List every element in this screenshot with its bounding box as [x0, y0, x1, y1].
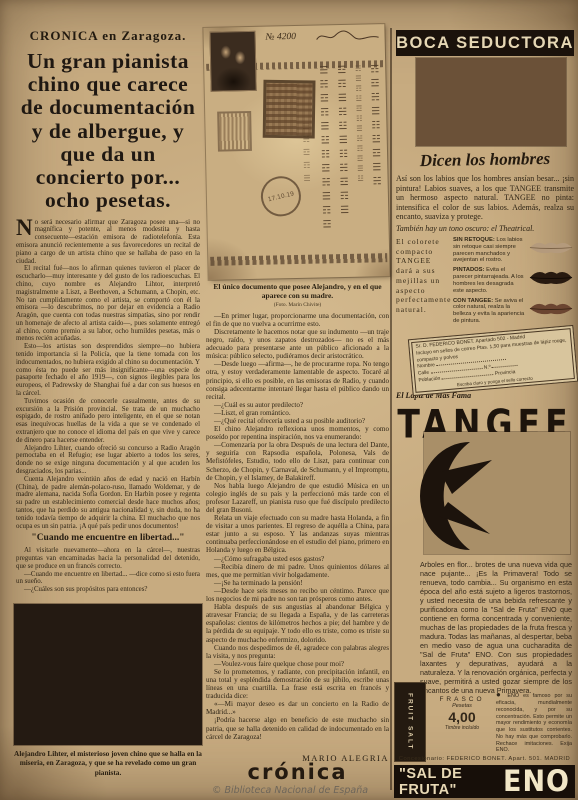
ad-body-text: Arboles en flor... brotes de una nueva v…	[420, 560, 572, 695]
seal-stamp	[263, 80, 316, 139]
section-kicker: CRONICA en Zaragoza.	[16, 28, 200, 44]
lip-comparison-list: SIN RETOQUE: Los labios sin retoque casi…	[453, 237, 574, 328]
newspaper-page: CRONICA en Zaragoza. Un gran pianista ch…	[0, 0, 578, 800]
article-subhead: "Cuando me encuentre en libertad..."	[16, 535, 200, 543]
paragraph: —¿Cómo sufragaba usted esos gastos?	[206, 555, 389, 563]
ad-bullet-text: ● ENO es famoso por su eficacia, mundial…	[496, 690, 572, 754]
document-caption: El único documento que posee Alejandro, …	[206, 282, 389, 301]
natural-lips-icon	[528, 299, 574, 318]
paragraph: Tuvimos ocasión de conocerle casualmente…	[16, 398, 200, 445]
paragraph: «—Mi mayor deseo es dar un concierto en …	[206, 700, 389, 716]
ad-side-note: El colorete compacto TANGEE dará a sus m…	[396, 237, 448, 328]
paragraph: —¿Cuál es su autor predilecto?	[206, 401, 389, 409]
ad-script-headline: Dicen los hombres	[396, 148, 574, 171]
paragraph: —Recibía dinero de mi padre. Unos quinie…	[206, 563, 389, 579]
eno-logo: ENO	[503, 764, 570, 798]
paragraph: ¡Podría hacerse algo en beneficio de est…	[206, 716, 389, 740]
paragraph: —¡Se ha terminado la pensión!	[206, 579, 389, 587]
paragraph: Alejandro Lihter, cuando ofreció su conc…	[16, 445, 200, 476]
list-item: CON TANGEE: Se aviva el color natural, r…	[453, 298, 574, 325]
middle-column: № 4200 ☰☵☲☶☰☳☷☲☵☰☶☲ ☲☶☰☵☳☰☷☵☲☶☰ ☵☰☶☳☲☷☰☵…	[206, 26, 389, 763]
eno-banner: "SAL DE FRUTA" ENO	[394, 765, 575, 798]
tangee-advertisement: BOCA SEDUCTORA Dicen los hombres Así son…	[396, 30, 574, 428]
pianist-photo	[14, 604, 202, 745]
ad-tone-note: También hay un tono oscuro: el Theatrica…	[396, 224, 574, 233]
publication-logo: crónica	[206, 760, 389, 784]
signature-scribble	[314, 27, 380, 44]
price-block: FRASCO Pesetas 4,00 Timbre incluído	[434, 696, 490, 731]
swallow-icon	[394, 438, 498, 556]
document-number: № 4200	[265, 32, 296, 43]
chinese-text-columns: ☰☵☲☶☰☳☷☲☵☰☶☲ ☲☶☰☵☳☰☷☵☲☶☰ ☵☰☶☳☲☷☰☵☶☲☰☳ ☶☲…	[318, 64, 384, 263]
list-item: SIN RETOQUE: Los labios sin retoque casi…	[453, 237, 574, 264]
price-label: FRASCO	[434, 696, 490, 703]
paragraph: —Desde luego —afirma—, he de procurarme …	[206, 360, 389, 400]
article-body-left: No será necesario afirmar que Zaragoza p…	[16, 219, 200, 625]
ad-intro-text: Así son los labios que los hombres ansía…	[396, 174, 574, 222]
paragraph: —Desde hace seis meses no recibo un cént…	[206, 587, 389, 603]
paragraph: Cuenta Alejandro veintiún años de edad y…	[16, 476, 200, 531]
woman-portrait-photo	[416, 58, 566, 146]
paragraph: —Cuando me encuentre en libertad... —dic…	[16, 571, 200, 587]
passport-document-photo: № 4200 ☰☵☲☶☰☳☷☲☵☰☶☲ ☲☶☰☵☳☰☷☵☲☶☰ ☵☰☶☳☲☷☰☵…	[203, 24, 389, 280]
pianist-photo-caption: Alejandro Lihter, el misterioso joven ch…	[10, 749, 206, 777]
paragraph: Esto—los artistas son desprendidos siemp…	[16, 343, 200, 398]
paragraph: —Comenzaría por la obra Después de una l…	[206, 441, 389, 481]
column-rule	[390, 28, 392, 790]
coupon-blank-line	[492, 365, 518, 368]
paragraph: El recital fué—nos lo afirman quienes tu…	[16, 265, 200, 343]
article-headline: Un gran pianista chino que carece de doc…	[16, 50, 200, 213]
pale-lips-icon	[528, 238, 574, 257]
paragraph: Al visitarle nuevamente—ahora en la cárc…	[16, 547, 200, 570]
paragraph: El chino Alejandro reflexiona unos momen…	[206, 425, 389, 441]
eno-advertisement: Arboles en flor... brotes de una nueva v…	[394, 432, 575, 798]
paragraph: No será necesario afirmar que Zaragoza p…	[16, 219, 200, 266]
paragraph: —Voulez-vous faire quelque chose pour mo…	[206, 660, 389, 668]
paragraph: Se lo prometemos, y radiante, con precip…	[206, 668, 389, 700]
blossom-photo	[424, 432, 570, 554]
left-column: CRONICA en Zaragoza. Un gran pianista ch…	[16, 28, 200, 625]
price-note: Timbre incluído	[434, 725, 490, 731]
small-stamp	[217, 111, 252, 152]
coupon-field-label: N.º	[484, 364, 491, 371]
mail-in-coupon: Sr. D. FEDERICO BONET. Apartado 502 - Ma…	[408, 325, 578, 396]
painted-lips-icon	[528, 268, 574, 287]
article-body-middle: —En primer lugar, proporcionarme una doc…	[206, 312, 389, 750]
distributor-line: Concesionario: FEDERICO BONET. Apart. 50…	[394, 756, 575, 762]
paragraph: —¿Cuáles son sus propósitos para entonce…	[16, 586, 200, 594]
bullet-icon: ●	[496, 690, 503, 699]
drop-cap: N	[16, 219, 35, 236]
paragraph: Relata un viaje efectuado con su madre h…	[206, 514, 389, 554]
coupon-field-label: Provincia	[495, 369, 516, 377]
photo-credit: (Foto. Marín Chivite)	[206, 302, 389, 308]
postmark-stamp: 17.10.19	[257, 172, 305, 220]
paragraph: Nos habla luego Alejandro de que estudió…	[206, 482, 389, 514]
list-item: PINTADOS: Evita el parecer pintarrajeada…	[453, 267, 574, 294]
paragraph: Habla después de sus angustias al abando…	[206, 603, 389, 643]
mother-and-son-photo	[209, 31, 256, 92]
ad-banner: BOCA SEDUCTORA	[396, 30, 574, 56]
price-value: 4,00	[434, 709, 490, 725]
coupon-field-label: Población	[418, 375, 440, 383]
paragraph: —Liszt, el gran romántico.	[206, 409, 389, 417]
ad-detail-row: El colorete compacto TANGEE dará a sus m…	[396, 237, 574, 328]
banner-product-name: "SAL DE FRUTA"	[399, 766, 503, 798]
paragraph: —¿Qué recital ofrecería usted a su posib…	[206, 417, 389, 425]
fruit-salt-bottle: FRUIT SALT	[394, 682, 426, 762]
paragraph: Cuando nos despedimos de él, agradece co…	[206, 644, 389, 660]
paragraph: Discretamente le hacemos notar que su in…	[206, 328, 389, 360]
paragraph: —En primer lugar, proporcionarme una doc…	[206, 312, 389, 328]
